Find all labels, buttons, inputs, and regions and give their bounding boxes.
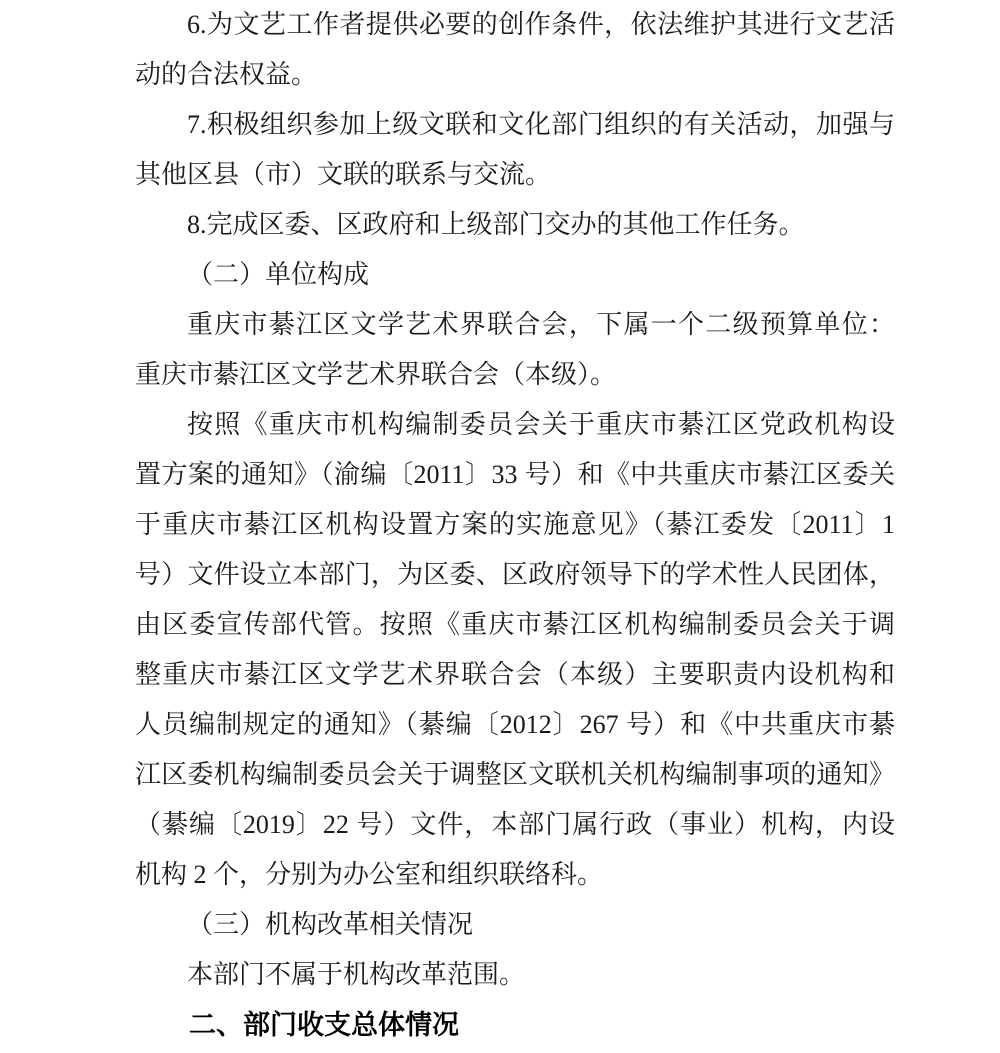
paragraph-line: 6.为文艺工作者提供必要的创作条件，依法维护其进行文艺活 — [135, 0, 895, 50]
paragraph-line: 置方案的通知》（渝编〔2011〕33 号）和《中共重庆市綦江区委关 — [135, 450, 895, 500]
paragraph-line: 于重庆市綦江区机构设置方案的实施意见》（綦江委发〔2011〕1 — [135, 500, 895, 550]
subsection-heading-reform-status: （三）机构改革相关情况 — [135, 900, 895, 950]
section-heading-revenue-expenditure: 二、部门收支总体情况 — [135, 1000, 895, 1050]
paragraph-line: 按照《重庆市机构编制委员会关于重庆市綦江区党政机构设 — [135, 400, 895, 450]
paragraph-line: 由区委宣传部代管。按照《重庆市綦江区机构编制委员会关于调 — [135, 600, 895, 650]
paragraph-line: 号）文件设立本部门，为区委、区政府领导下的学术性人民团体， — [135, 550, 895, 600]
paragraph-line: 机构 2 个，分别为办公室和组织联络科。 — [135, 850, 895, 900]
paragraph-line: 本部门不属于机构改革范围。 — [135, 950, 895, 1000]
paragraph-line: 重庆市綦江区文学艺术界联合会（本级）。 — [135, 350, 895, 400]
paragraph-line: 人员编制规定的通知》（綦编〔2012〕267 号）和《中共重庆市綦 — [135, 700, 895, 750]
document-text-block: 6.为文艺工作者提供必要的创作条件，依法维护其进行文艺活 动的合法权益。 7.积… — [135, 0, 895, 1050]
paragraph-line: 其他区县（市）文联的联系与交流。 — [135, 150, 895, 200]
paragraph-line: （綦编〔2019〕22 号）文件，本部门属行政（事业）机构，内设 — [135, 800, 895, 850]
paragraph-line: 江区委机构编制委员会关于调整区文联机关机构编制事项的通知》 — [135, 750, 895, 800]
document-page: 6.为文艺工作者提供必要的创作条件，依法维护其进行文艺活 动的合法权益。 7.积… — [0, 0, 1000, 1053]
paragraph-line: 7.积极组织参加上级文联和文化部门组织的有关活动，加强与 — [135, 100, 895, 150]
paragraph-line: 整重庆市綦江区文学艺术界联合会（本级）主要职责内设机构和 — [135, 650, 895, 700]
paragraph-line: 8.完成区委、区政府和上级部门交办的其他工作任务。 — [135, 200, 895, 250]
subsection-heading-unit-composition: （二）单位构成 — [135, 250, 895, 300]
paragraph-line: 动的合法权益。 — [135, 50, 895, 100]
paragraph-line: 重庆市綦江区文学艺术界联合会，下属一个二级预算单位： — [135, 300, 895, 350]
